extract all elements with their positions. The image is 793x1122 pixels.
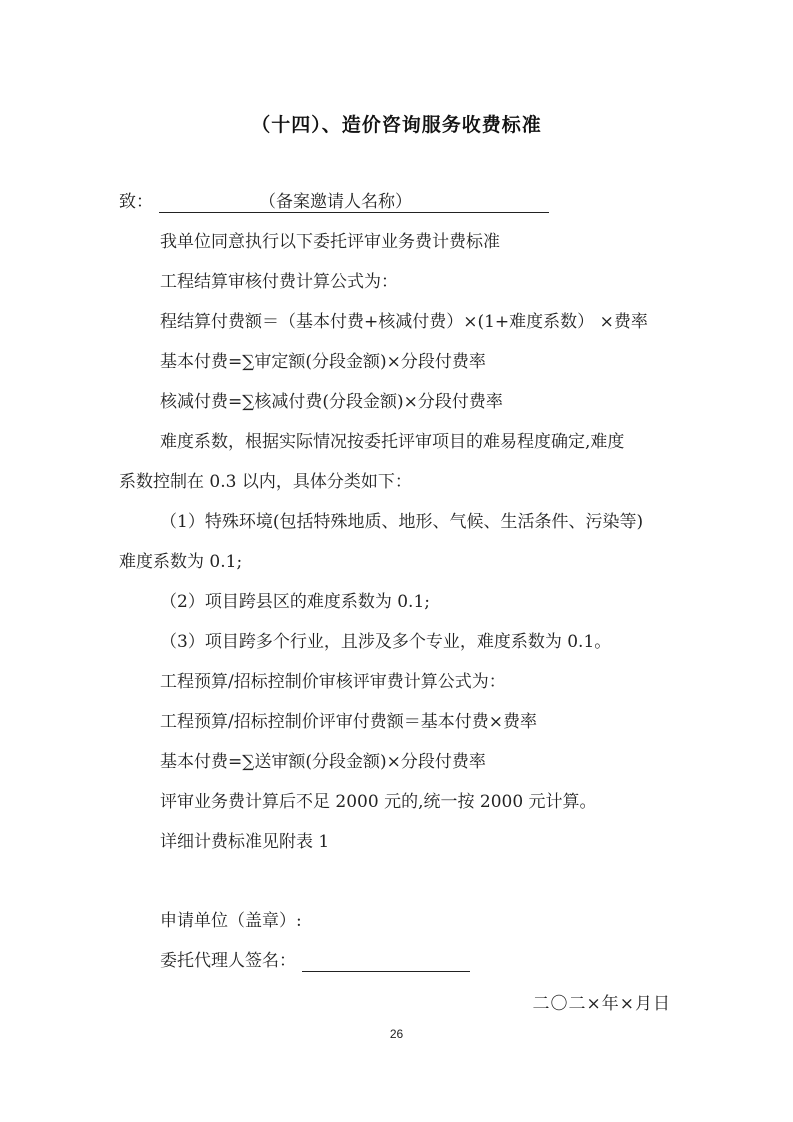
agent-signature-field[interactable] — [302, 951, 470, 972]
list-item: （1）特殊环境(包括特殊地质、地形、气候、生活条件、污染等) — [160, 511, 643, 533]
addressee-placeholder: （备案邀请人名称） — [259, 191, 412, 213]
formula-line: 工程预算/招标控制价评审付费额＝基本付费×费率 — [160, 711, 537, 733]
list-item-continuation: 难度系数为 0.1; — [119, 551, 242, 573]
list-item: （2）项目跨县区的难度系数为 0.1; — [160, 591, 430, 613]
body-line: 工程结算审核付费计算公式为： — [160, 271, 398, 293]
page-number: 26 — [0, 1027, 793, 1041]
agent-label: 委托代理人签名： — [160, 951, 296, 971]
body-line: 工程预算/招标控制价审核评审费计算公式为： — [160, 671, 506, 693]
addressee-label: 致： — [119, 191, 153, 213]
page-title: （十四）、造价咨询服务收费标准 — [0, 110, 793, 137]
agent-signature-row: 委托代理人签名： — [160, 950, 470, 972]
body-line: 系数控制在 0.3 以内，具体分类如下： — [119, 471, 412, 493]
body-line: 我单位同意执行以下委托评审业务费计费标准 — [160, 231, 500, 253]
body-line: 详细计费标准见附表 1 — [160, 831, 329, 853]
body-line: 评审业务费计算后不足 2000 元的,统一按 2000 元计算。 — [160, 791, 597, 813]
applicant-label: 申请单位（盖章）: — [160, 910, 302, 932]
formula-line: 核减付费=∑核减付费(分段金额)×分段付费率 — [160, 391, 503, 413]
formula-line: 基本付费=∑送审额(分段金额)×分段付费率 — [160, 751, 486, 773]
formula-line: 基本付费=∑审定额(分段金额)×分段付费率 — [160, 351, 486, 373]
list-item: （3）项目跨多个行业，且涉及多个专业，难度系数为 0.1。 — [160, 631, 611, 653]
addressee-row: 致： （备案邀请人名称） — [119, 191, 153, 213]
document-page: （十四）、造价咨询服务收费标准 致： （备案邀请人名称） 我单位同意执行以下委托… — [0, 0, 793, 1122]
addressee-blank-field[interactable]: （备案邀请人名称） — [159, 191, 549, 213]
date-line: 二〇二×年×月日 — [533, 989, 672, 1014]
formula-line: 程结算付费额＝（基本付费+核减付费）×(1+难度系数） ×费率 — [160, 311, 648, 333]
body-line: 难度系数，根据实际情况按委托评审项目的难易程度确定,难度 — [160, 431, 624, 453]
